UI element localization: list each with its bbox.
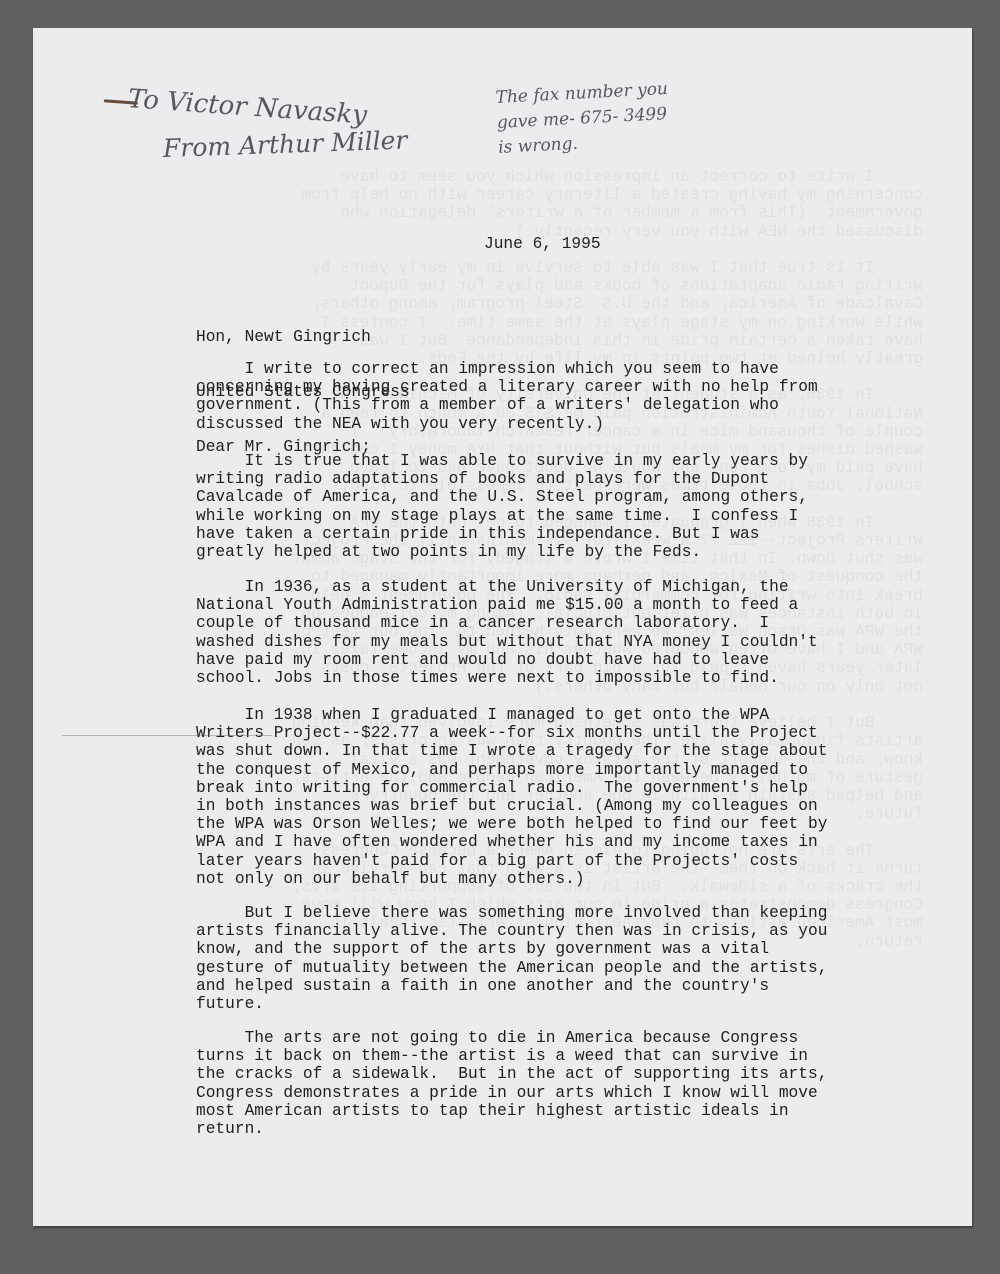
paragraph-line: not only on our behalf but many others.) (196, 870, 827, 888)
paragraph-line: WPA and I have often wondered whether hi… (196, 833, 827, 851)
paragraph-line: Cavalcade of America, and the U.S. Steel… (196, 488, 808, 506)
paragraph-line: most American artists to tap their highe… (196, 1102, 827, 1120)
paragraph-line: and helped sustain a faith in one anothe… (196, 977, 827, 995)
paragraph: In 1936, as a student at the University … (196, 578, 818, 687)
paragraph-line: have paid my room rent and would no doub… (196, 651, 818, 669)
paragraph-line: In 1938 when I graduated I managed to ge… (196, 706, 827, 724)
paragraph: It is true that I was able to survive in… (196, 452, 808, 561)
paragraph-line: return. (196, 1120, 827, 1138)
paragraph-line: washed dishes for my meals but without t… (196, 633, 818, 651)
paragraph-line: National Youth Administration paid me $1… (196, 596, 818, 614)
paragraph-line: concerning my having created a literary … (196, 378, 818, 396)
paragraph-line: It is true that I was able to survive in… (196, 452, 808, 470)
handwritten-fax-note: The fax number you gave me- 675- 3499 is… (495, 77, 671, 161)
handwritten-recipient-note: To Victor Navasky (127, 84, 368, 131)
letter-date: June 6, 1995 (484, 235, 601, 253)
paragraph-line: Congress demonstrates a pride in our art… (196, 1084, 827, 1102)
paragraph-line: But I believe there was something more i… (196, 904, 827, 922)
paragraph-line: was shut down. In that time I wrote a tr… (196, 742, 827, 760)
address-line: Hon, Newt Gingrich (196, 328, 410, 346)
stray-pencil-mark (62, 735, 272, 736)
paragraph-line: I write to correct an impression which y… (196, 360, 818, 378)
paragraph-line: future. (196, 995, 827, 1013)
paragraph-line: the conquest of Mexico, and perhaps more… (196, 761, 827, 779)
paragraph-line: artists financially alive. The country t… (196, 922, 827, 940)
paragraph-line: in both instances was brief but crucial.… (196, 797, 827, 815)
paragraph-line: discussed the NEA with you very recently… (196, 415, 818, 433)
paragraph-line: later years haven't paid for a big part … (196, 852, 827, 870)
paragraph-line: In 1936, as a student at the University … (196, 578, 818, 596)
paragraph-line: turns it back on them--the artist is a w… (196, 1047, 827, 1065)
paragraph-line: government. (This from a member of a wri… (196, 396, 818, 414)
paragraph-line: school. Jobs in those times were next to… (196, 669, 818, 687)
paragraph-line: have taken a certain pride in this indep… (196, 525, 808, 543)
paragraph: But I believe there was something more i… (196, 904, 827, 1013)
paragraph-line: the WPA was Orson Welles; we were both h… (196, 815, 827, 833)
paragraph: The arts are not going to die in America… (196, 1029, 827, 1138)
paragraph: I write to correct an impression which y… (196, 360, 818, 433)
handwritten-to-line: To Victor Navasky (127, 84, 368, 131)
paragraph: In 1938 when I graduated I managed to ge… (196, 706, 827, 888)
paragraph-line: know, and the support of the arts by gov… (196, 940, 827, 958)
handwritten-sender-note: From Arthur Miller (162, 125, 407, 163)
paragraph-line: greatly helped at two points in my life … (196, 543, 808, 561)
paragraph-line: Writers Project--$22.77 a week--for six … (196, 724, 827, 742)
paragraph-line: gesture of mutuality between the America… (196, 959, 827, 977)
paragraph-line: The arts are not going to die in America… (196, 1029, 827, 1047)
paragraph-line: couple of thousand mice in a cancer rese… (196, 614, 818, 632)
paragraph-line: while working on my stage plays at the s… (196, 507, 808, 525)
paragraph-line: break into writing for commercial radio.… (196, 779, 827, 797)
handwritten-from-line: From Arthur Miller (162, 125, 407, 163)
letter-page: I write to correct an impression which y… (33, 28, 972, 1226)
paragraph-line: writing radio adaptations of books and p… (196, 470, 808, 488)
paragraph-line: the cracks of a sidewalk. But in the act… (196, 1065, 827, 1083)
